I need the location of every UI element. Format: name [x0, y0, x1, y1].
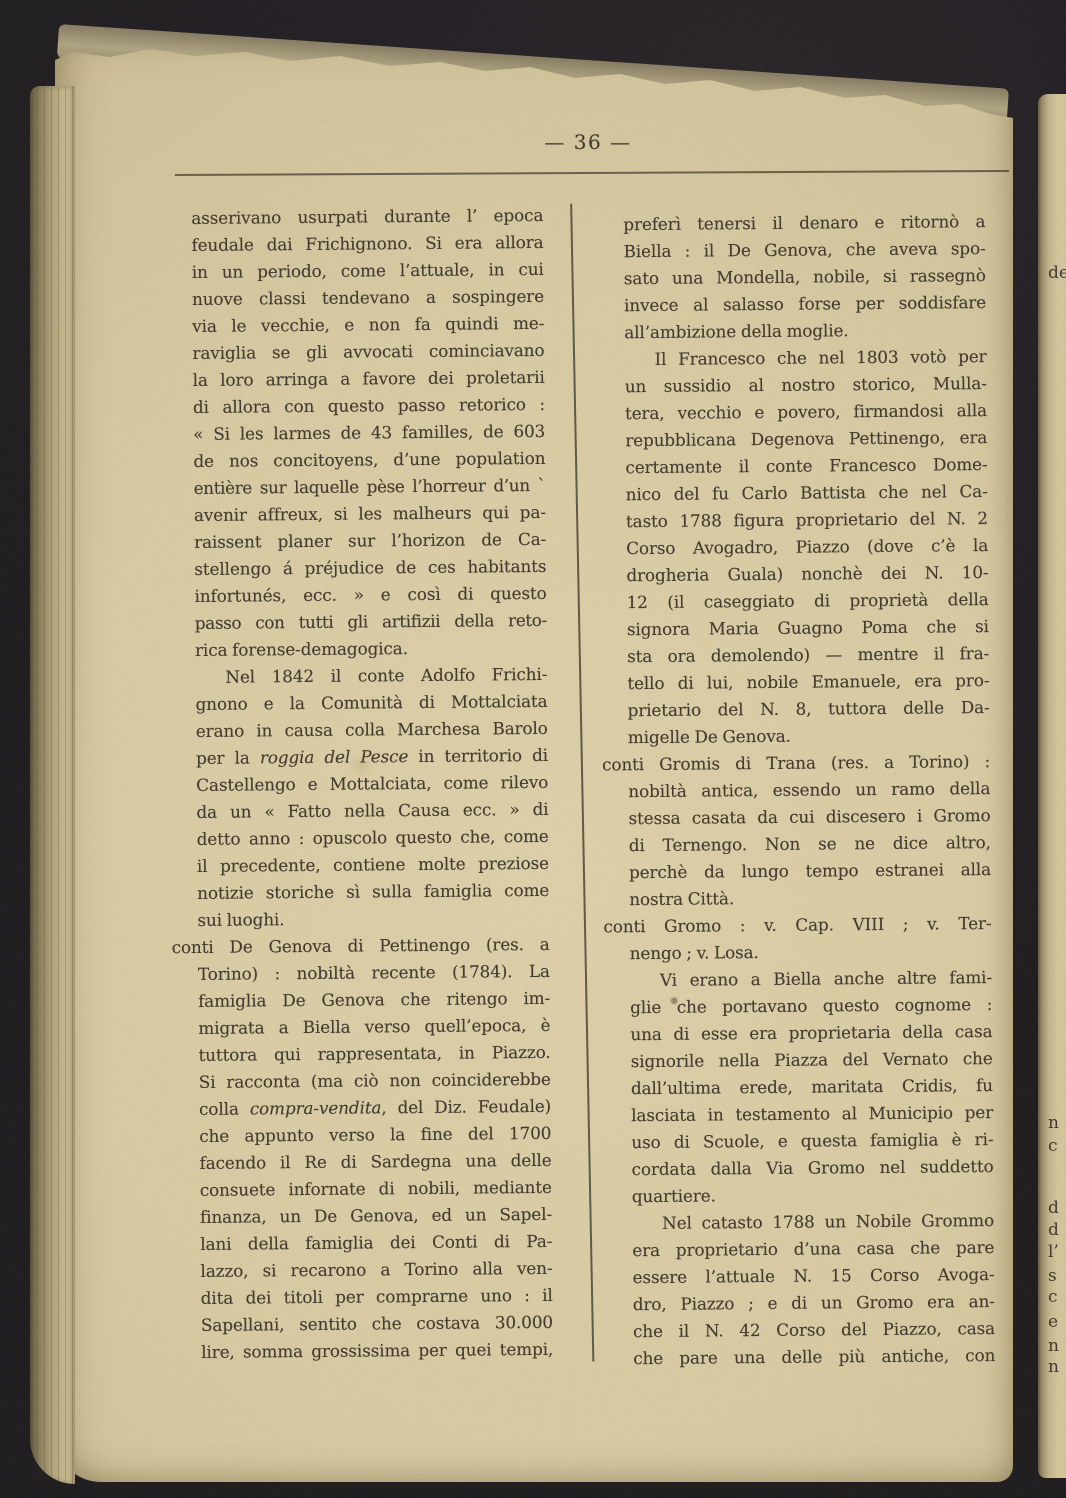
adjacent-text-fragment: n: [1048, 1356, 1059, 1378]
text-line: stessa casata da cui discesero i Gromo: [628, 802, 990, 832]
text-line: gnono e la Comunità di Mottalciata: [195, 688, 547, 718]
text-line: tuttora qui rappresentata, in Piazzo.: [198, 1039, 550, 1069]
text-line: certamente il conte Francesco Dome-: [625, 451, 987, 481]
text-line: prietario del N. 8, tuttora delle Da-: [628, 694, 990, 724]
text-line: conti De Genova di Pettinengo (res. a: [172, 931, 550, 961]
text-line: lazzo, si recarono a Torino alla ven-: [200, 1255, 552, 1285]
text-line: che il N. 42 Corso del Piazzo, casa: [633, 1315, 995, 1345]
text-line: lani della famiglia dei Conti di Pa-: [200, 1228, 552, 1258]
text-line: lire, somma grossissima per quei tempi,: [201, 1336, 553, 1366]
text-line: Torino) : nobiltà recente (1784). La: [198, 958, 550, 988]
text-line: avenir affreux, si les malheurs qui pa-: [194, 499, 546, 529]
adjacent-text-fragment: c: [1048, 1135, 1058, 1157]
text-line: feudale dai Frichignono. Si era allora: [191, 229, 543, 259]
page-content: asserivano usurpati durante l’ epocafeud…: [49, 22, 1020, 1486]
text-line: de nos concitoyens, d’une population: [193, 445, 545, 475]
adjacent-text-fragment: s: [1048, 1265, 1057, 1287]
text-line: via le vecchie, e non fa quindi me-: [192, 310, 544, 340]
text-line: passo con tutti gli artifizii della reto…: [195, 607, 547, 637]
text-line: infortunés, ecc. » e così di questo: [194, 580, 546, 610]
text-line: detto anno : opuscolo questo che, come: [197, 823, 549, 853]
text-line: colla compra-vendita, del Diz. Feudale): [199, 1093, 551, 1123]
text-line: raissent planer sur l’horizon de Ca-: [194, 526, 546, 556]
text-line: Sapellani, sentito che costava 30.000: [201, 1309, 553, 1339]
text-line: una di esse era proprietaria della casa: [630, 1018, 992, 1048]
text-line: signorile nella Piazza del Vernato che: [631, 1045, 993, 1075]
adjacent-page-edge: dencddl’scenn: [1038, 94, 1066, 1478]
text-line: che appunto verso la fine del 1700: [199, 1120, 551, 1150]
text-line: erano in causa colla Marchesa Barolo: [196, 715, 548, 745]
text-line: tello di lui, nobile Emanuele, era pro-: [627, 667, 989, 697]
text-line: migrata a Biella verso quell’epoca, è: [198, 1012, 550, 1042]
text-line: nuove classi tendevano a sospingere: [192, 283, 544, 313]
text-line: notizie storiche sì sulla famiglia come: [197, 877, 549, 907]
text-line: nengo ; v. Losa.: [630, 937, 992, 967]
adjacent-text-fragment: c: [1048, 1286, 1058, 1308]
text-line: Il Francesco che nel 1803 votò per: [624, 343, 986, 373]
text-line: tera, vecchio e povero, firmandosi alla: [625, 397, 987, 427]
text-line: famiglia De Genova che ritengo im-: [198, 985, 550, 1015]
text-line: repubblicana Degenova Pettinengo, era: [625, 424, 987, 454]
text-line: sta ora demolendo) — mentre il fra-: [627, 640, 989, 670]
text-line: sato una Mondella, nobile, si rassegnò: [624, 262, 986, 292]
text-line: Si racconta (ma ciò non coinciderebbe: [199, 1066, 551, 1096]
text-line: migelle De Genova.: [628, 721, 990, 751]
adjacent-text-fragment: n: [1048, 1112, 1059, 1134]
text-line: sui luoghi.: [197, 904, 549, 934]
text-line: nico del fu Carlo Battista che nel Ca-: [626, 478, 988, 508]
text-line: dro, Piazzo ; e di un Gromo era an-: [633, 1288, 995, 1318]
column-divider: [570, 204, 594, 1362]
book-scan: dencddl’scenn — 36 — asserivano usurpati…: [0, 0, 1066, 1498]
text-line: finanza, un De Genova, ed un Sapel-: [200, 1201, 552, 1231]
text-line: glie che portavano questo cognome :: [630, 991, 992, 1021]
text-line: di Ternengo. Non se ne dice altro,: [629, 829, 991, 859]
page: — 36 — asserivano usurpati durante l’ ep…: [55, 26, 1013, 1482]
text-line: raviglia se gli avvocati cominciavano: [192, 337, 544, 367]
text-line: di allora con questo passo retorico :: [193, 391, 545, 421]
text-line: consuete infornate di nobili, mediante: [200, 1174, 552, 1204]
text-line: un sussidio al nostro storico, Mulla-: [625, 370, 987, 400]
text-line: Biella : il De Genova, che aveva spo-: [624, 235, 986, 265]
text-line: era proprietario d’una casa che pare: [632, 1234, 994, 1264]
text-line: dita dei titoli per comprarne uno : il: [201, 1282, 553, 1312]
text-line: Nel catasto 1788 un Nobile Grommo: [632, 1207, 994, 1237]
text-line: che pare una delle più antiche, con: [633, 1342, 995, 1372]
text-line: conti Gromo : v. Cap. VIII ; v. Ter-: [603, 910, 991, 940]
page-edge-stack: [30, 86, 75, 1484]
text-line: « Si les larmes de 43 familles, de 603: [193, 418, 545, 448]
text-line: tasto 1788 figura proprietario del N. 2: [626, 505, 988, 535]
text-line: Corso Avogadro, Piazzo (dove c’è la: [626, 532, 988, 562]
text-line: asserivano usurpati durante l’ epoca: [191, 202, 543, 232]
adjacent-text-fragment: e: [1048, 1311, 1058, 1333]
text-line: quartiere.: [632, 1180, 994, 1210]
text-line: in un periodo, come l’attuale, in cui: [192, 256, 544, 286]
adjacent-text-fragment: d: [1048, 1219, 1059, 1241]
text-line: preferì tenersi il denaro e ritornò a: [623, 208, 985, 238]
text-line: Nel 1842 il conte Adolfo Frichi-: [195, 661, 547, 691]
column-right: preferì tenersi il denaro e ritornò aBie…: [597, 208, 995, 1372]
text-line: stellengo á préjudice de ces habitants: [194, 553, 546, 583]
text-line: 12 (il caseggiato di proprietà della: [627, 586, 989, 616]
column-left: asserivano usurpati durante l’ epocafeud…: [165, 202, 553, 1366]
text-line: drogheria Guala) nonchè dei N. 10-: [626, 559, 988, 589]
text-line: rica forense-demagogica.: [195, 634, 547, 664]
text-line: essere l’attuale N. 15 Corso Avoga-: [632, 1261, 994, 1291]
adjacent-text-fragment: n: [1048, 1335, 1059, 1357]
text-line: entière sur laquelle pèse l’horreur d’un…: [194, 472, 546, 502]
text-line: conti Gromis di Trana (res. a Torino) :: [602, 748, 990, 778]
text-line: da un « Fatto nella Causa ecc. » di: [196, 796, 548, 826]
text-line: all’ambizione della moglie.: [624, 316, 986, 346]
text-line: la loro arringa a favore dei proletarii: [193, 364, 545, 394]
text-line: facendo il Re di Sardegna una delle: [199, 1147, 551, 1177]
text-line: cordata dalla Via Gromo nel suddetto: [632, 1153, 994, 1183]
text-line: nostra Città.: [629, 883, 991, 913]
adjacent-text-fragment: de: [1048, 262, 1066, 284]
text-line: invece al salasso forse per soddisfare: [624, 289, 986, 319]
text-line: Castellengo e Mottalciata, come rilevo: [196, 769, 548, 799]
adjacent-text-fragment: l’: [1048, 1241, 1059, 1263]
text-line: perchè da lungo tempo estranei alla: [629, 856, 991, 886]
text-line: uso di Scuole, e questa famiglia è ri-: [631, 1126, 993, 1156]
text-line: per la roggia del Pesce in territorio di: [196, 742, 548, 772]
adjacent-text-fragment: d: [1048, 1197, 1059, 1219]
text-line: Vi erano a Biella anche altre fami-: [630, 964, 992, 994]
text-line: nobiltà antica, essendo un ramo della: [628, 775, 990, 805]
text-line: dall’ultima erede, maritata Cridis, fu: [631, 1072, 993, 1102]
text-line: il precedente, contiene molte preziose: [197, 850, 549, 880]
text-line: lasciata in testamento al Municipio per: [631, 1099, 993, 1129]
text-line: signora Maria Guagno Poma che si: [627, 613, 989, 643]
